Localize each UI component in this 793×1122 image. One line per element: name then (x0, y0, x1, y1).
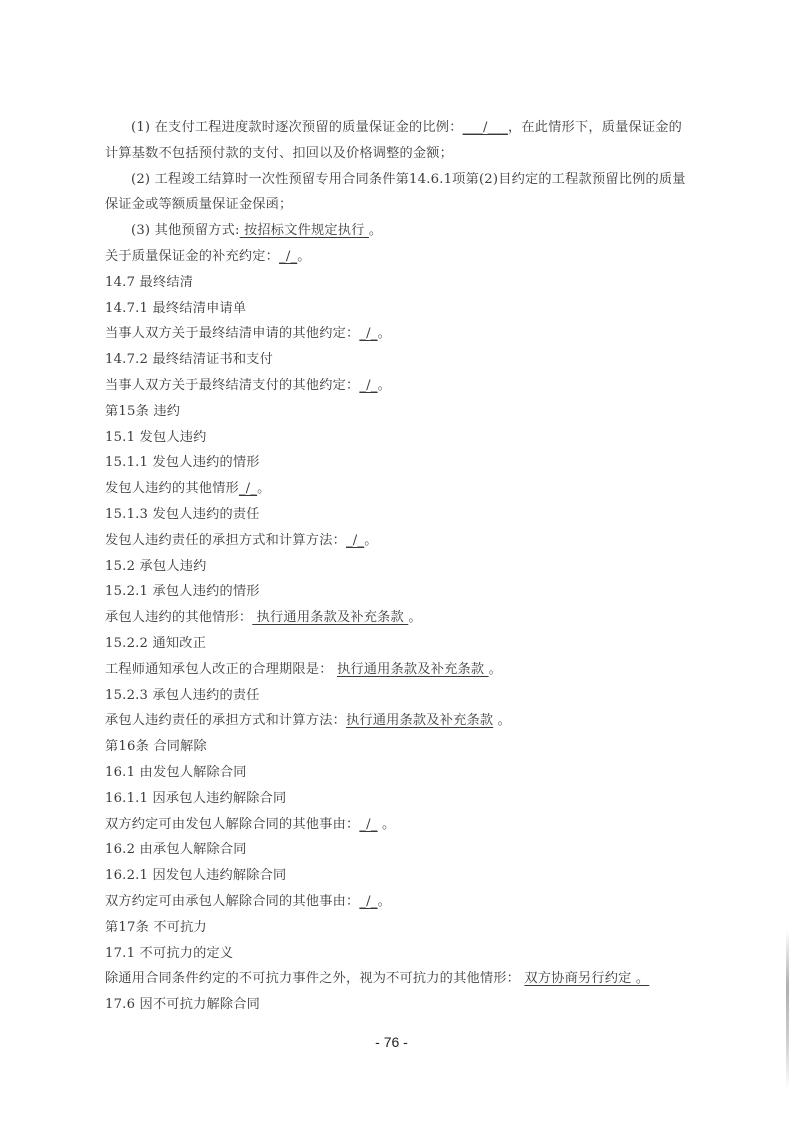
section-heading: 15.2 承包人违约 (105, 554, 695, 580)
section-heading: 17.6 因不可抗力解除合同 (105, 992, 695, 1018)
paragraph-line: 发包人违约责任的承担方式和计算方法：_/_。 (105, 528, 695, 554)
blank-field: ___/___ (463, 120, 508, 135)
section-heading: 15.1.3 发包人违约的责任 (105, 502, 695, 528)
paragraph-line: 双方约定可由承包人解除合同的其他事由：_/_。 (105, 889, 695, 915)
paragraph-line: 除通用合同条件约定的不可抗力事件之外，视为不可抗力的其他情形： 双方协商另行约定… (105, 966, 695, 992)
article-heading: 第17条 不可抗力 (105, 915, 695, 941)
filled-field: 执行通用条款及补充条款 (346, 713, 493, 728)
section-heading: 15.1 发包人违约 (105, 425, 695, 451)
blank-field: _/_ (359, 817, 377, 832)
paragraph-line: 计算基数不包括预付款的支付、扣回以及价格调整的金额； (105, 141, 695, 167)
page-number: - 76 - (0, 1034, 783, 1050)
paragraph-line: 保证金或等额质量保证金保函； (105, 192, 695, 218)
filled-field: 双方协商另行约定 。 (524, 971, 649, 986)
section-heading: 14.7.1 最终结清申请单 (105, 296, 695, 322)
section-heading: 16.1.1 因承包人违约解除合同 (105, 786, 695, 812)
filled-field: 按招标文件规定执行 (240, 223, 369, 238)
paragraph-line: 承包人违约的其他情形： 执行通用条款及补充条款 。 (105, 605, 695, 631)
paragraph-line: (1) 在支付工程进度款时逐次预留的质量保证金的比例：___/___，在此情形下… (105, 115, 695, 141)
section-heading: 14.7 最终结清 (105, 270, 695, 296)
paragraph-line: 关于质量保证金的补充约定：_/_。 (105, 244, 695, 270)
article-heading: 第16条 合同解除 (105, 734, 695, 760)
blank-field: _/_ (359, 326, 377, 341)
section-heading: 17.1 不可抗力的定义 (105, 941, 695, 967)
section-heading: 16.2 由承包人解除合同 (105, 837, 695, 863)
section-heading: 16.2.1 因发包人违约解除合同 (105, 863, 695, 889)
paragraph-line: 当事人双方关于最终结清支付的其他约定：_/_。 (105, 373, 695, 399)
section-heading: 15.1.1 发包人违约的情形 (105, 450, 695, 476)
article-heading: 第15条 违约 (105, 399, 695, 425)
blank-field: _/_ (279, 249, 297, 264)
section-heading: 14.7.2 最终结清证书和支付 (105, 347, 695, 373)
section-heading: 15.2.2 通知改正 (105, 631, 695, 657)
contract-text-body: (1) 在支付工程进度款时逐次预留的质量保证金的比例：___/___，在此情形下… (105, 115, 695, 1018)
filled-field: 执行通用条款及补充条款 (337, 662, 489, 677)
document-page: (1) 在支付工程进度款时逐次预留的质量保证金的比例：___/___，在此情形下… (0, 0, 793, 1122)
paragraph-line: 工程师通知承包人改正的合理期限是： 执行通用条款及补充条款 。 (105, 657, 695, 683)
blank-field: _/_ (346, 533, 364, 548)
section-heading: 16.1 由发包人解除合同 (105, 760, 695, 786)
paragraph-line: (2) 工程竣工结算时一次性预留专用合同条件第14.6.1项第(2)目约定的工程… (105, 167, 695, 193)
blank-field: _/_ (359, 378, 377, 393)
section-heading: 15.2.1 承包人违约的情形 (105, 579, 695, 605)
paragraph-line: 当事人双方关于最终结清申请的其他约定：_/_。 (105, 321, 695, 347)
blank-field: _/_ (359, 894, 377, 909)
scan-edge-shadow (786, 930, 789, 1090)
paragraph-line: 发包人违约的其他情形_/_。 (105, 476, 695, 502)
paragraph-line: 承包人违约责任的承担方式和计算方法：执行通用条款及补充条款 。 (105, 708, 695, 734)
filled-field: 执行通用条款及补充条款 (252, 610, 408, 625)
blank-field: _/_ (239, 481, 257, 496)
paragraph-line: (3) 其他预留方式: 按招标文件规定执行 。 (105, 218, 695, 244)
section-heading: 15.2.3 承包人违约的责任 (105, 683, 695, 709)
paragraph-line: 双方约定可由发包人解除合同的其他事由：_/_ 。 (105, 812, 695, 838)
